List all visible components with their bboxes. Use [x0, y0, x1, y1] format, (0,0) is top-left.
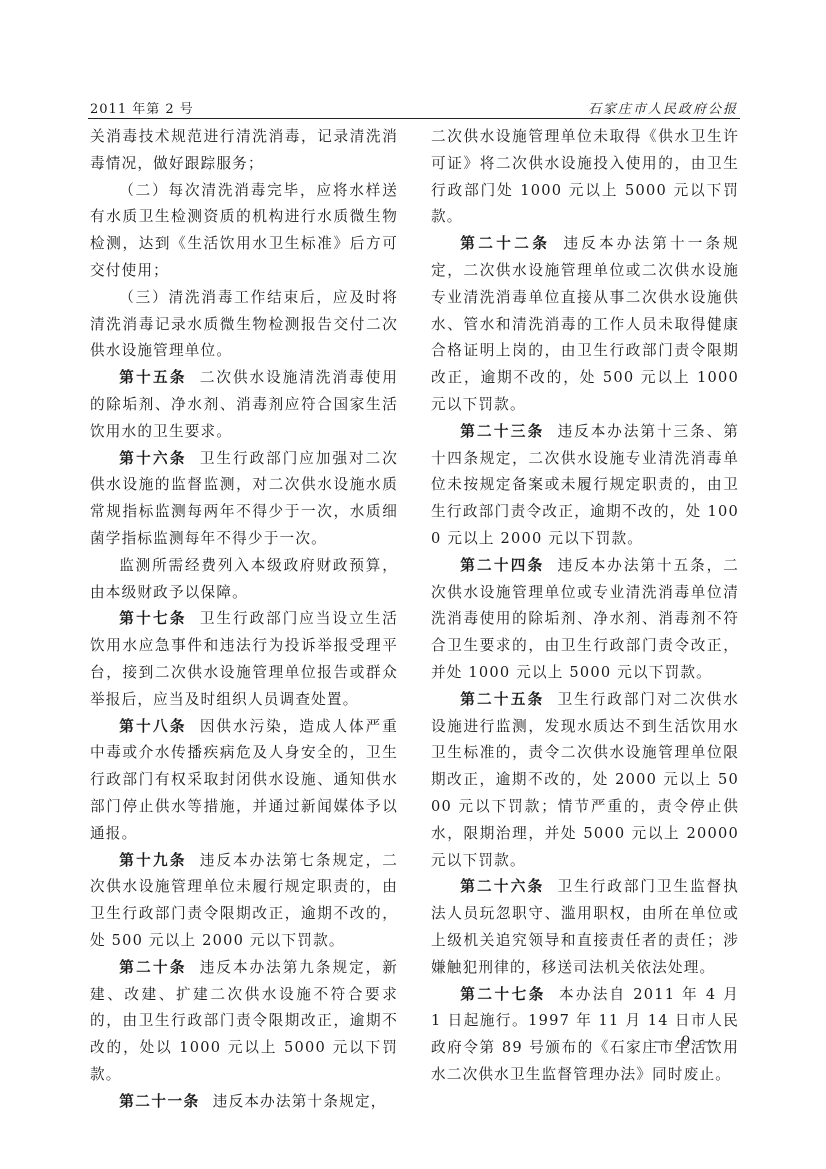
article-17: 第十七条卫生行政部门应当设立生活饮用水应急事件和违法行为投诉举报受理平台，接到二… — [90, 606, 398, 713]
article-23: 第二十三条违反本办法第十三条、第十四条规定，二次供水设施专业清洗消毒单位未按规定… — [431, 419, 739, 553]
paragraph-text: 违反本办法第十条规定， — [213, 1093, 387, 1110]
paragraph-text: 违反本办法第十五条，二次供水设施管理单位或专业清洗消毒单位清洗消毒使用的除垢剂、… — [431, 557, 739, 681]
article-number: 第二十六条 — [460, 878, 544, 895]
paragraph-text: 卫生行政部门对二次供水设施进行监测，发现水质达不到生活饮用水卫生标准的，责令二次… — [431, 691, 739, 869]
article-22: 第二十二条违反本办法第十一条规定，二次供水设施管理单位或二次供水设施专业清洗消毒… — [431, 231, 739, 419]
paragraph: 监测所需经费列入本级政府财政预算，由本级财政予以保障。 — [90, 553, 398, 607]
article-26: 第二十六条卫生行政部门卫生监督执法人员玩忽职守、滥用职权，由所在单位或上级机关追… — [431, 874, 739, 981]
paragraph: 二次供水设施管理单位未取得《供水卫生许可证》将二次供水设施投入使用的，由卫生行政… — [431, 124, 739, 231]
paragraph-text: 监测所需经费列入本级政府财政预算，由本级财政予以保障。 — [90, 557, 398, 601]
paragraph: （二）每次清洗消毒完毕，应将水样送有水质卫生检测资质的机构进行水质微生物检测，达… — [90, 178, 398, 285]
issue-label: 2011 年第 2 号 — [90, 98, 194, 117]
article-number: 第十八条 — [119, 718, 187, 735]
article-18: 第十八条因供水污染，造成人体严重中毒或介水传播疾病危及人身安全的，卫生行政部门有… — [90, 714, 398, 848]
article-15: 第十五条二次供水设施清洗消毒使用的除垢剂、净水剂、消毒剂应符合国家生活饮用水的卫… — [90, 365, 398, 445]
paragraph: （三）清洗消毒工作结束后，应及时将清洗消毒记录水质微生物检测报告交付二次供水设施… — [90, 285, 398, 365]
article-20: 第二十条违反本办法第九条规定，新建、改建、扩建二次供水设施不符合要求的，由卫生行… — [90, 955, 398, 1089]
left-column: 关消毒技术规范进行清洗消毒，记录清洗消毒情况，做好跟踪服务； （二）每次清洗消毒… — [90, 124, 398, 1115]
article-24: 第二十四条违反本办法第十五条，二次供水设施管理单位或专业清洗消毒单位清洗消毒使用… — [431, 553, 739, 687]
article-number: 第二十七条 — [460, 986, 546, 1003]
paragraph-text: （三）清洗消毒工作结束后，应及时将清洗消毒记录水质微生物检测报告交付二次供水设施… — [90, 289, 398, 360]
article-number: 第二十五条 — [460, 691, 544, 708]
article-19: 第十九条违反本办法第七条规定，二次供水设施管理单位未履行规定职责的，由卫生行政部… — [90, 848, 398, 955]
page-header: 2011 年第 2 号 石家庄市人民政府公报 — [88, 96, 740, 119]
article-21: 第二十一条违反本办法第十条规定， — [90, 1089, 398, 1116]
paragraph: 关消毒技术规范进行清洗消毒，记录清洗消毒情况，做好跟踪服务； — [90, 124, 398, 178]
article-number: 第二十一条 — [119, 1093, 199, 1110]
article-number: 第十七条 — [119, 610, 187, 627]
article-number: 第二十条 — [119, 959, 187, 976]
article-number: 第二十三条 — [460, 423, 544, 440]
article-number: 第十六条 — [119, 450, 187, 467]
paragraph-text: 二次供水设施管理单位未取得《供水卫生许可证》将二次供水设施投入使用的，由卫生行政… — [431, 128, 739, 225]
article-number: 第二十二条 — [460, 235, 550, 252]
paragraph-text: 违反本办法第十三条、第十四条规定，二次供水设施专业清洗消毒单位未按规定备案或未履… — [431, 423, 739, 547]
paragraph-text: （二）每次清洗消毒完毕，应将水样送有水质卫生检测资质的机构进行水质微生物检测，达… — [90, 182, 398, 279]
article-number: 第二十四条 — [460, 557, 544, 574]
article-16: 第十六条卫生行政部门应加强对二次供水设施的监督监测，对二次供水设施水质常规指标监… — [90, 446, 398, 553]
paragraph-text: 违反本办法第十一条规定，二次供水设施管理单位或二次供水设施专业清洗消毒单位直接从… — [431, 235, 739, 413]
right-column: 二次供水设施管理单位未取得《供水卫生许可证》将二次供水设施投入使用的，由卫生行政… — [431, 124, 739, 1089]
publication-title: 石家庄市人民政府公报 — [588, 98, 738, 117]
paragraph-text: 违反本办法第九条规定，新建、改建、扩建二次供水设施不符合要求的，由卫生行政部门责… — [90, 959, 398, 1083]
paragraph-text: 因供水污染，造成人体严重中毒或介水传播疾病危及人身安全的，卫生行政部门有权采取封… — [90, 718, 398, 842]
article-number: 第十五条 — [119, 369, 187, 386]
article-number: 第十九条 — [119, 852, 187, 869]
article-25: 第二十五条卫生行政部门对二次供水设施进行监测，发现水质达不到生活饮用水卫生标准的… — [431, 687, 739, 875]
paragraph-text: 关消毒技术规范进行清洗消毒，记录清洗消毒情况，做好跟踪服务； — [90, 128, 398, 172]
page-number: — 9 — — [655, 1034, 721, 1050]
